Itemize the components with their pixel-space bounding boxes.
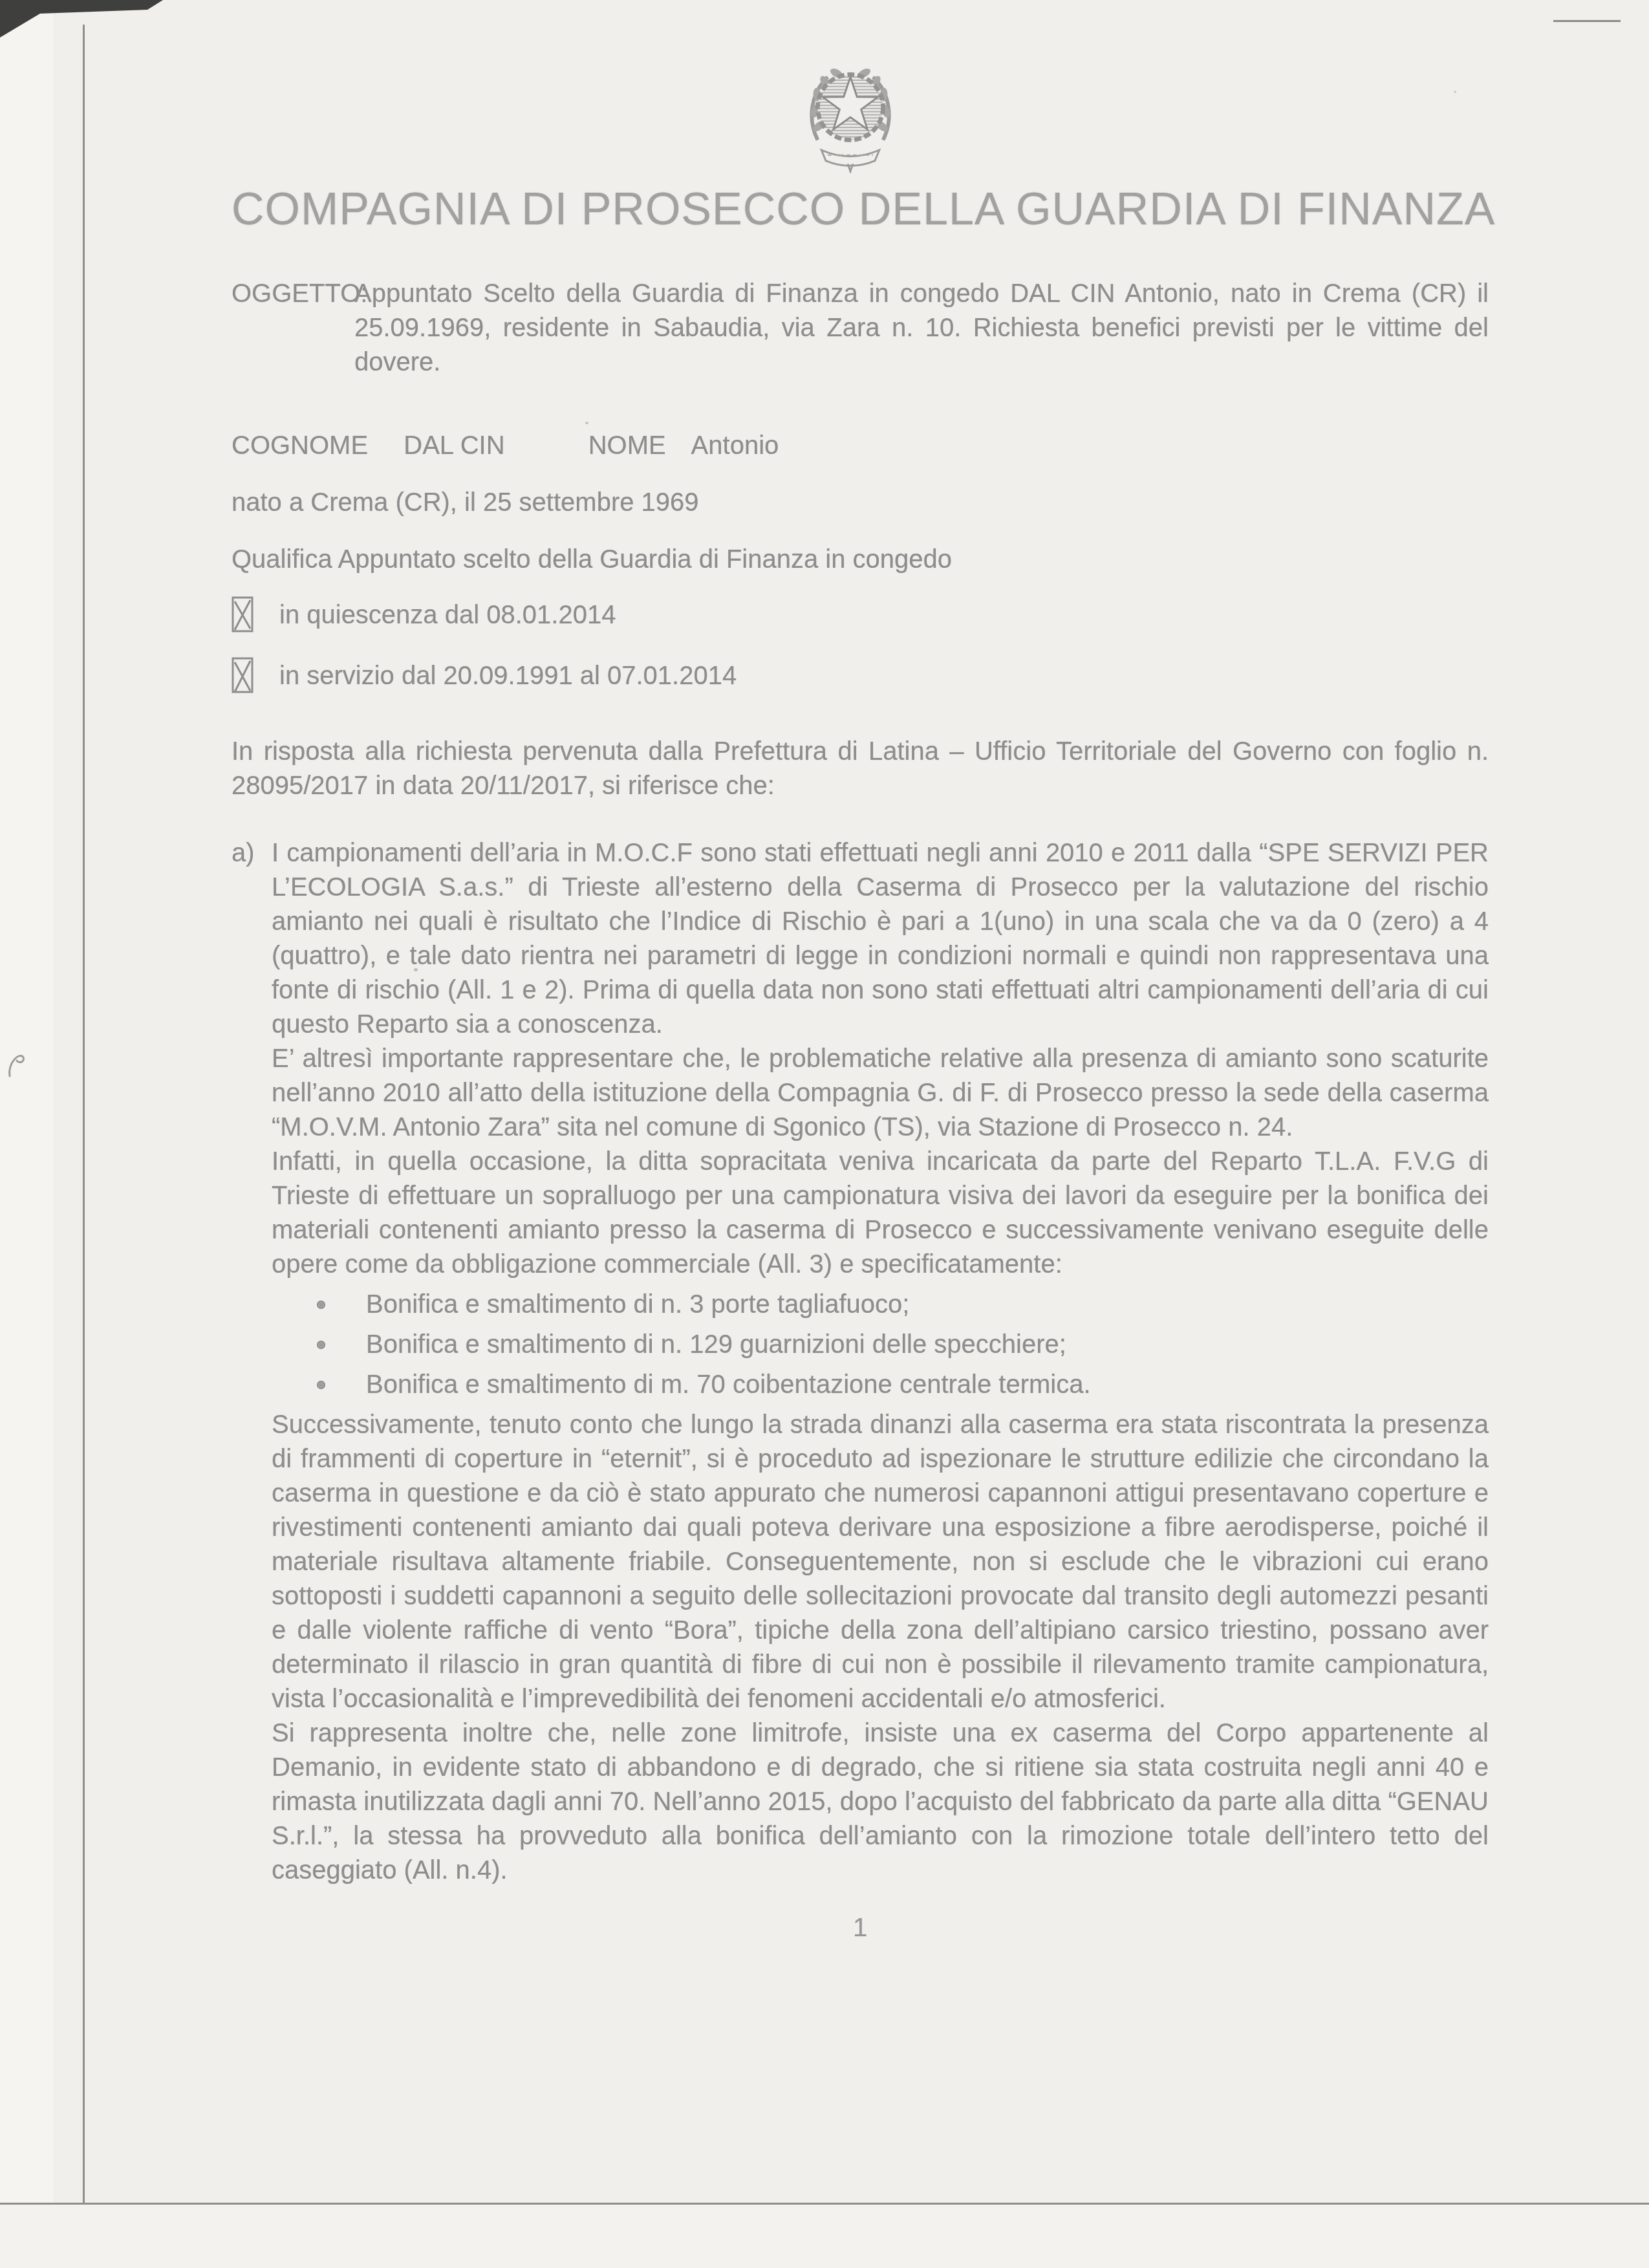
intro-paragraph: In risposta alla richiesta pervenuta dal… bbox=[232, 735, 1489, 803]
subject-text: Appuntato Scelto della Guardia di Finanz… bbox=[354, 279, 1489, 376]
document-body: COMPAGNIA DI PROSECCO DELLA GUARDIA DI F… bbox=[232, 0, 1489, 1945]
page-number: 1 bbox=[232, 1911, 1489, 1945]
scan-left-margin bbox=[0, 0, 53, 2268]
bullet-text: Bonifica e smaltimento di n. 129 guarniz… bbox=[366, 1330, 1066, 1359]
name-value: Antonio bbox=[691, 431, 779, 460]
subject-block: OGGETTO: Appuntato Scelto della Guardia … bbox=[232, 277, 1489, 380]
works-bullet-list: Bonifica e smaltimento di n. 3 porte tag… bbox=[272, 1288, 1489, 1402]
bullet-text: Bonifica e smaltimento di m. 70 coibenta… bbox=[366, 1370, 1091, 1399]
status-check-label: in quiescenza dal 08.01.2014 bbox=[279, 598, 616, 632]
bullet-icon bbox=[317, 1341, 325, 1349]
page-title: COMPAGNIA DI PROSECCO DELLA GUARDIA DI F… bbox=[232, 186, 1489, 232]
item-a-paragraph: Si rappresenta inoltre che, nelle zone l… bbox=[272, 1716, 1489, 1888]
list-item: Bonifica e smaltimento di m. 70 coibenta… bbox=[272, 1368, 1489, 1402]
status-check-row: in servizio dal 20.09.1991 al 07.01.2014 bbox=[232, 657, 1489, 695]
bullet-icon bbox=[317, 1381, 325, 1389]
item-a-marker: a) bbox=[232, 836, 255, 870]
registry-name-line: COGNOME DAL CIN NOME Antonio bbox=[232, 429, 1489, 463]
subject-label: OGGETTO: bbox=[232, 277, 367, 311]
item-a-paragraph: I campionamenti dell’aria in M.O.C.F son… bbox=[272, 836, 1489, 1042]
surname-label: COGNOME bbox=[232, 431, 368, 460]
list-item: Bonifica e smaltimento di n. 129 guarniz… bbox=[272, 1328, 1489, 1362]
birth-line: nato a Crema (CR), il 25 settembre 1969 bbox=[232, 486, 1489, 520]
checkbox-checked-icon bbox=[232, 657, 253, 695]
surname-value: DAL CIN bbox=[404, 431, 504, 460]
status-check-label: in servizio dal 20.09.1991 al 07.01.2014 bbox=[279, 659, 737, 693]
bullet-text: Bonifica e smaltimento di n. 3 porte tag… bbox=[366, 1290, 909, 1319]
item-a-paragraph: Infatti, in quella occasione, la ditta s… bbox=[272, 1145, 1489, 1282]
list-item: Bonifica e smaltimento di n. 3 porte tag… bbox=[272, 1288, 1489, 1322]
status-check-row: in quiescenza dal 08.01.2014 bbox=[232, 596, 1489, 634]
bullet-icon bbox=[317, 1301, 325, 1309]
item-a-paragraph: E’ altresì importante rappresentare che,… bbox=[272, 1042, 1489, 1145]
item-a-paragraph: Successivamente, tenuto conto che lungo … bbox=[272, 1408, 1489, 1716]
scan-bottom-margin bbox=[0, 2205, 1649, 2268]
name-label: NOME bbox=[588, 431, 666, 460]
item-a-block: a) I campionamenti dell’aria in M.O.C.F … bbox=[232, 836, 1489, 1888]
scanned-document-page: COMPAGNIA DI PROSECCO DELLA GUARDIA DI F… bbox=[0, 0, 1649, 2268]
qualification-line: Qualifica Appuntato scelto della Guardia… bbox=[232, 543, 1489, 577]
scan-top-line-artifact bbox=[1553, 20, 1621, 22]
pencil-squiggle-mark bbox=[6, 1049, 27, 1080]
page-fold-line bbox=[83, 25, 85, 2210]
checkbox-checked-icon bbox=[232, 596, 253, 634]
